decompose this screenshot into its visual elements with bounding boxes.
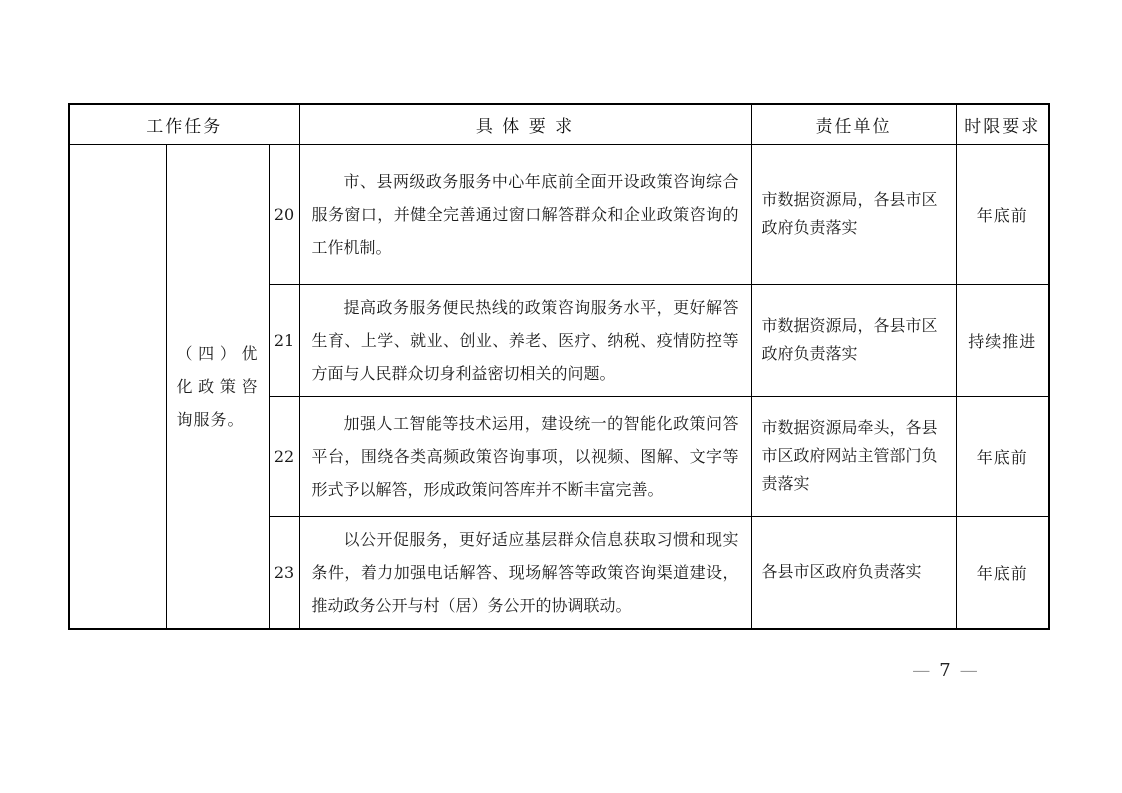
requirement-text: 市、县两级政务服务中心年底前全面开设政策咨询综合服务窗口，并健全完善通过窗口解答… [312,165,739,264]
table-header-row: 工作任务 具 体 要 求 责任单位 时限要求 [69,104,1049,144]
table-row: （四）优化政策咨询服务。 20 市、县两级政务服务中心年底前全面开设政策咨询综合… [69,144,1049,284]
deadline-cell: 年底前 [956,516,1049,629]
requirement-cell: 加强人工智能等技术运用，建设统一的智能化政策问答平台，围绕各类高频政策咨询事项，… [299,396,751,516]
page-number-value: 7 [939,660,950,681]
page-number: —7— [880,660,1010,681]
requirement-cell: 以公开促服务，更好适应基层群众信息获取习惯和现实条件，着力加强电话解答、现场解答… [299,516,751,629]
category-cell: （四）优化政策咨询服务。 [166,144,269,629]
empty-section-cell [69,144,166,629]
deadline-cell: 年底前 [956,144,1049,284]
deadline-cell: 年底前 [956,396,1049,516]
row-number: 22 [269,396,299,516]
header-work-task: 工作任务 [69,104,299,144]
row-number: 20 [269,144,299,284]
responsible-unit-cell: 市数据资源局，各县市区政府负责落实 [751,144,956,284]
requirement-cell: 市、县两级政务服务中心年底前全面开设政策咨询综合服务窗口，并健全完善通过窗口解答… [299,144,751,284]
responsible-unit-cell: 各县市区政府负责落实 [751,516,956,629]
requirement-text: 加强人工智能等技术运用，建设统一的智能化政策问答平台，围绕各类高频政策咨询事项，… [312,407,739,506]
header-specific-requirements: 具 体 要 求 [299,104,751,144]
requirement-text: 以公开促服务，更好适应基层群众信息获取习惯和现实条件，着力加强电话解答、现场解答… [312,523,739,622]
page-number-dash-left: — [912,660,930,681]
responsible-unit-cell: 市数据资源局，各县市区政府负责落实 [751,284,956,396]
header-deadline: 时限要求 [956,104,1049,144]
row-number: 23 [269,516,299,629]
deadline-cell: 持续推进 [956,284,1049,396]
requirement-text: 提高政务服务便民热线的政策咨询服务水平，更好解答生育、上学、就业、创业、养老、医… [312,291,739,390]
page-number-dash-right: — [960,660,978,681]
requirement-cell: 提高政务服务便民热线的政策咨询服务水平，更好解答生育、上学、就业、创业、养老、医… [299,284,751,396]
task-table: 工作任务 具 体 要 求 责任单位 时限要求 （四）优化政策咨询服务。 20 市… [68,103,1050,630]
row-number: 21 [269,284,299,396]
responsible-unit-cell: 市数据资源局牵头，各县市区政府网站主管部门负责落实 [751,396,956,516]
header-responsible-unit: 责任单位 [751,104,956,144]
